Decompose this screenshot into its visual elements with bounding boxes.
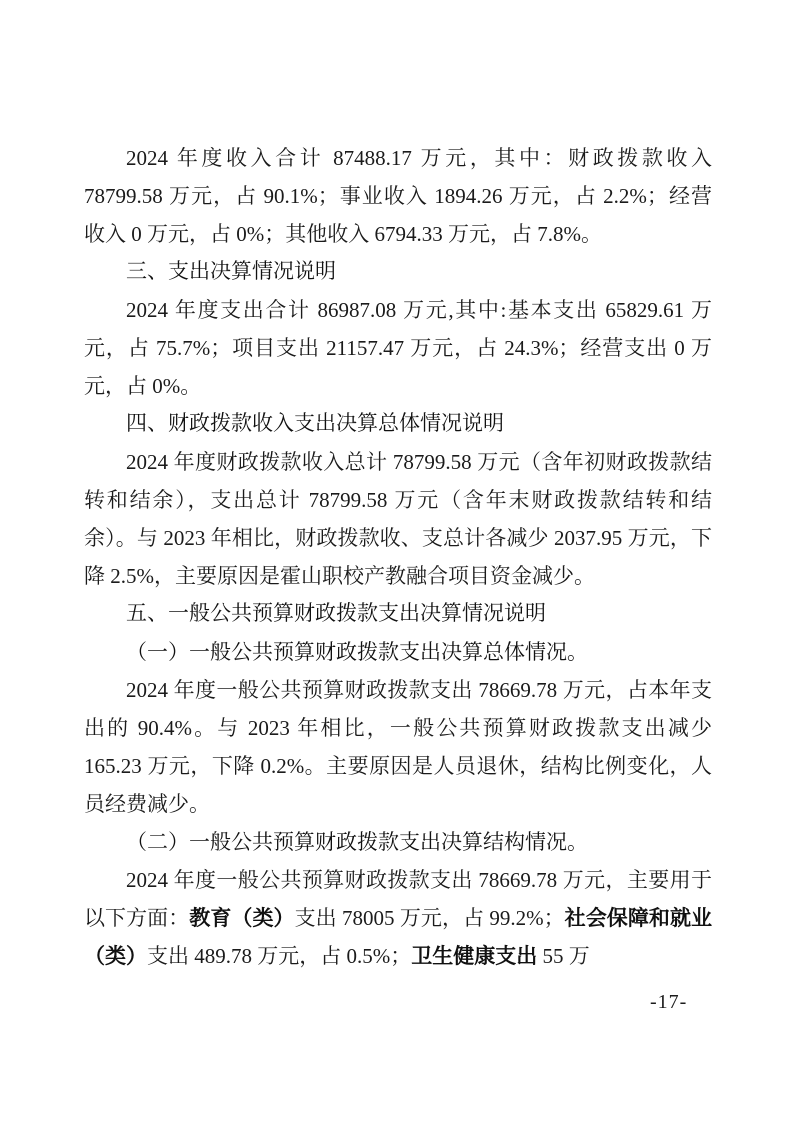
document-page: 2024 年度收入合计 87488.17 万元，其中：财政拨款收入 78799.… (0, 0, 793, 1122)
subheading-5-2-structure: （二）一般公共预算财政拨款支出决算结构情况。 (84, 823, 712, 861)
paragraph-fiscal-appropriation-summary: 2024 年度财政拨款收入总计 78799.58 万元（含年初财政拨款结转和结余… (84, 443, 712, 595)
text-run: 支出 78005 万元，占 99.2%； (295, 906, 565, 930)
document-body: 2024 年度收入合计 87488.17 万元，其中：财政拨款收入 78799.… (84, 139, 712, 975)
paragraph-general-budget-structure: 2024 年度一般公共预算财政拨款支出 78669.78 万元，主要用于以下方面… (84, 861, 712, 975)
text-run-health-category: 卫生健康支出 (411, 944, 537, 968)
page-number: -17- (650, 990, 687, 1014)
paragraph-expenditure-summary: 2024 年度支出合计 86987.08 万元,其中:基本支出 65829.61… (84, 291, 712, 405)
subheading-5-1-overall: （一）一般公共预算财政拨款支出决算总体情况。 (84, 633, 712, 671)
heading-section-5-general-public-budget: 五、一般公共预算财政拨款支出决算情况说明 (84, 595, 712, 633)
heading-section-3-expenditure: 三、支出决算情况说明 (84, 253, 712, 291)
paragraph-general-budget-overall: 2024 年度一般公共预算财政拨款支出 78669.78 万元，占本年支出的 9… (84, 671, 712, 823)
paragraph-income-summary: 2024 年度收入合计 87488.17 万元，其中：财政拨款收入 78799.… (84, 139, 712, 253)
text-run-education-category: 教育（类） (189, 906, 294, 930)
text-run: 55 万 (537, 944, 590, 968)
heading-section-4-fiscal-appropriation: 四、财政拨款收入支出决算总体情况说明 (84, 405, 712, 443)
text-run: 支出 489.78 万元，占 0.5%； (147, 944, 411, 968)
